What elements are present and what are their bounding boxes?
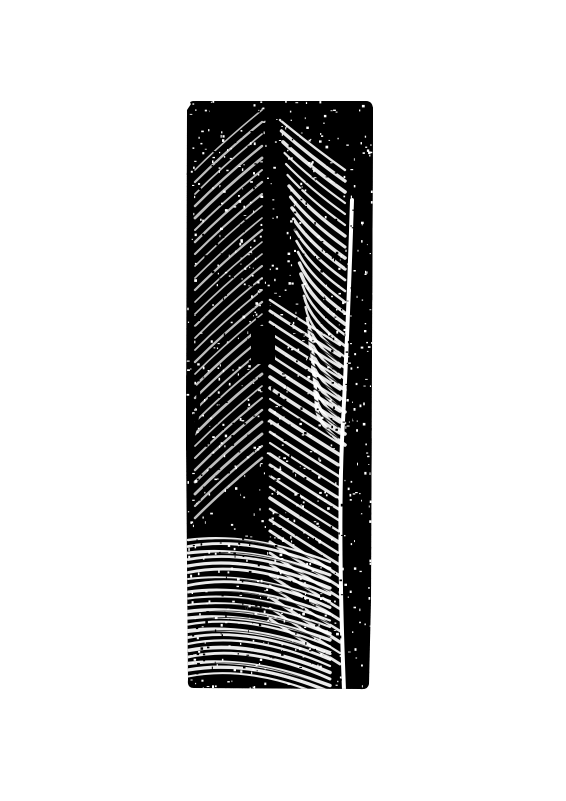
woodblock-print-image (0, 0, 566, 801)
central-rectangle (251, 326, 275, 364)
print-block (180, 95, 380, 702)
artwork-print (0, 0, 566, 801)
